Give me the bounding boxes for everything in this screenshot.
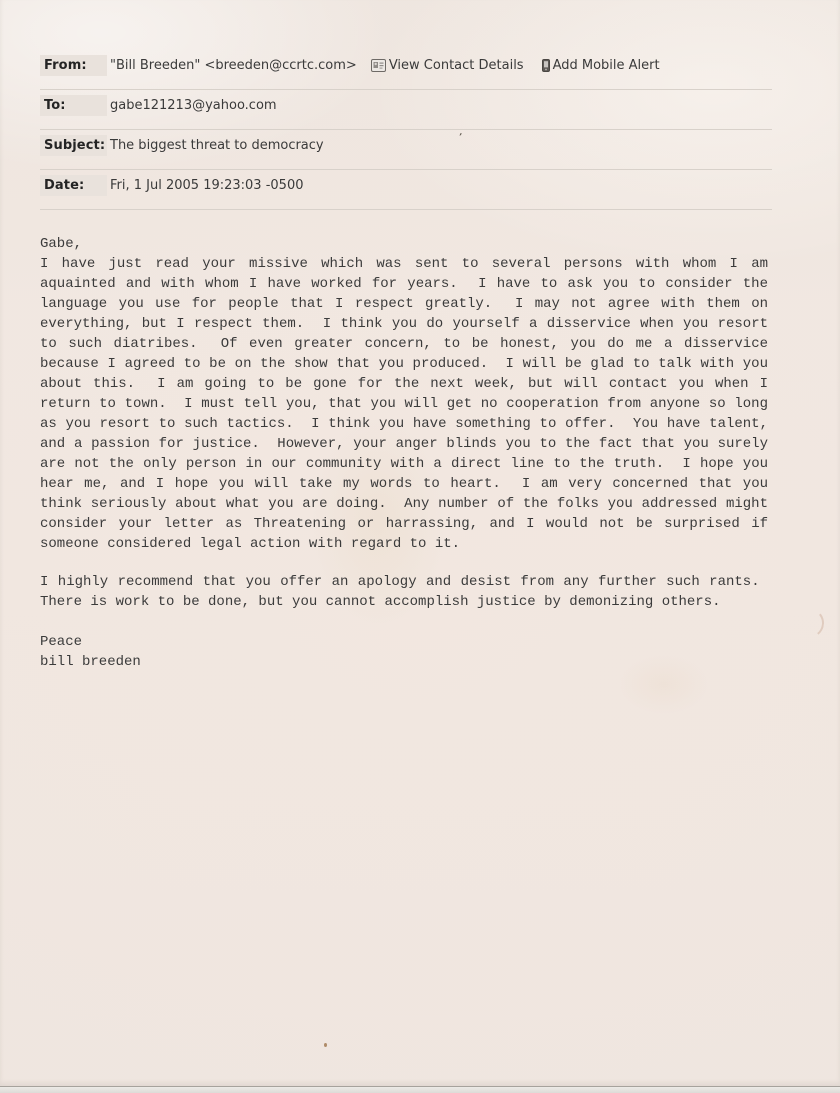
subject-value: The biggest threat to democracy — [110, 135, 324, 153]
signoff: Peace — [40, 632, 768, 652]
header-row-to: To: gabe121213@yahoo.com — [40, 90, 772, 130]
add-mobile-alert-label: Add Mobile Alert — [553, 58, 660, 73]
email-body: Gabe, I have just read your missive whic… — [40, 234, 768, 672]
scanner-edge — [0, 1087, 840, 1093]
from-value: "Bill Breeden" <breeden@ccrtc.com> — [110, 55, 357, 73]
view-contact-details-label: View Contact Details — [389, 58, 524, 73]
header-row-from: From: "Bill Breeden" <breeden@ccrtc.com>… — [40, 50, 772, 90]
body-paragraph: I highly recommend that you offer an apo… — [40, 572, 768, 612]
view-contact-details-link[interactable]: View Contact Details — [371, 58, 524, 73]
scan-speck-artifact — [324, 1043, 327, 1047]
to-label: To: — [40, 95, 107, 116]
signature: bill breeden — [40, 652, 768, 672]
from-label: From: — [40, 55, 107, 76]
date-label: Date: — [40, 175, 107, 196]
header-actions: View Contact Details Add Mobile Alert — [371, 55, 660, 73]
date-value: Fri, 1 Jul 2005 19:23:03 -0500 — [110, 175, 303, 193]
to-value: gabe121213@yahoo.com — [110, 95, 277, 113]
add-mobile-alert-link[interactable]: Add Mobile Alert — [542, 58, 660, 73]
header-row-date: Date: Fri, 1 Jul 2005 19:23:03 -0500 — [40, 170, 772, 210]
subject-label: Subject: — [40, 135, 107, 156]
contact-card-icon — [371, 59, 386, 72]
mobile-phone-icon — [542, 59, 550, 72]
body-paragraph: I have just read your missive which was … — [40, 254, 768, 554]
salutation: Gabe, — [40, 234, 768, 254]
scan-ring-artifact — [793, 607, 826, 640]
scanned-email-page: From: "Bill Breeden" <breeden@ccrtc.com>… — [0, 0, 840, 1093]
email-header: From: "Bill Breeden" <breeden@ccrtc.com>… — [40, 50, 772, 210]
paper-sheet: From: "Bill Breeden" <breeden@ccrtc.com>… — [0, 0, 840, 1087]
header-row-subject: Subject: The biggest threat to democracy — [40, 130, 772, 170]
